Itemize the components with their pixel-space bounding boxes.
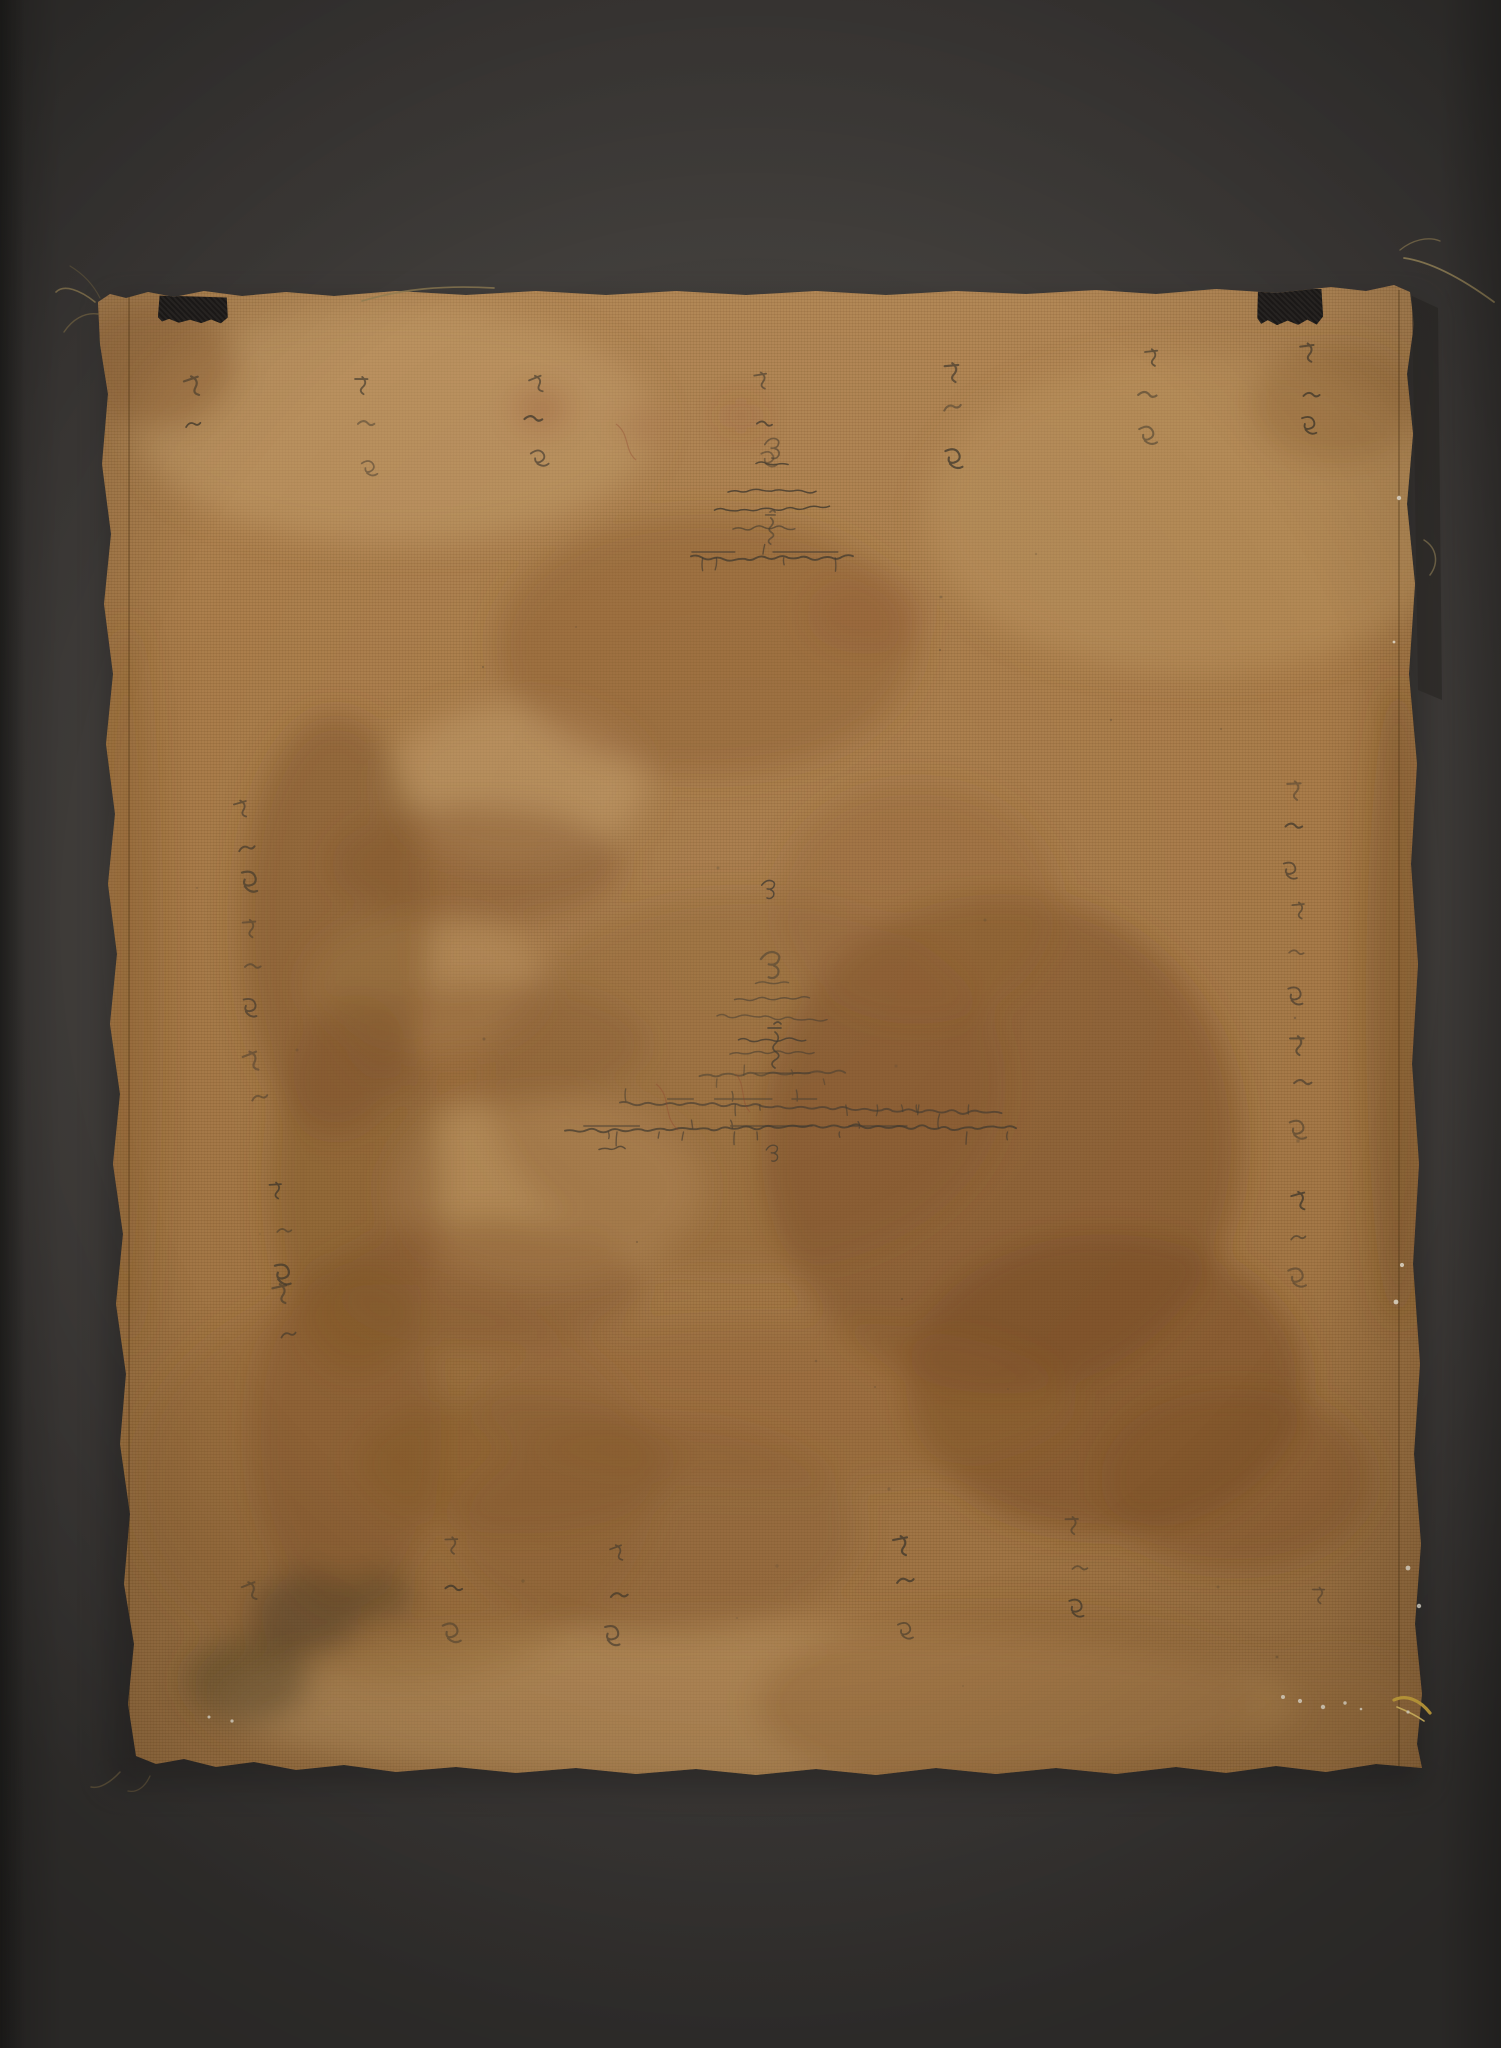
ink-mark (1303, 392, 1319, 397)
ink-mark (241, 998, 260, 1017)
ink-mark (1286, 823, 1303, 829)
ink-marks (183, 343, 1324, 1646)
ink-mark (943, 363, 958, 383)
border-mark-group-top (183, 375, 200, 427)
ink-mark (1138, 391, 1156, 398)
inscription-layer (96, 284, 1426, 1776)
border-mark-group-top (1138, 349, 1157, 445)
ink-mark (611, 1593, 628, 1597)
border-mark-group-top (524, 375, 548, 468)
ink-mark (944, 404, 962, 411)
ink-mark (1289, 949, 1304, 955)
photograph-of-textile-verso (0, 0, 1501, 2048)
inscription-detail (625, 1089, 969, 1116)
ink-mark (186, 422, 201, 427)
ink-mark (445, 1585, 462, 1592)
ink-mark (1299, 343, 1313, 362)
inscription-line (620, 1102, 1002, 1114)
ink-mark (1291, 1235, 1306, 1239)
border-mark-group-bottom (443, 1536, 463, 1642)
ink-mark (239, 871, 260, 893)
stray-thread (56, 288, 95, 302)
inscription-line (739, 1038, 806, 1042)
ink-mark (242, 1050, 260, 1072)
ink-mark (1291, 1191, 1306, 1210)
ink-mark (1291, 902, 1304, 919)
red-trace (616, 424, 636, 460)
border-mark-group-right (1287, 902, 1304, 1005)
ink-mark (1139, 426, 1157, 445)
speckles (196, 553, 1300, 1687)
ink-mark (1294, 1079, 1311, 1085)
ink-mark (1301, 416, 1318, 434)
velcro-tab-right (1257, 288, 1324, 326)
ink-mark (358, 420, 375, 426)
ink-mark (1311, 1586, 1325, 1603)
ink-mark (272, 1284, 286, 1303)
ink-mark (443, 1536, 457, 1554)
ink-mark (245, 964, 261, 969)
textile-cloth-verso (96, 284, 1426, 1776)
inscription-line (756, 982, 789, 984)
ink-mark (530, 449, 548, 468)
border-mark-group-left (241, 919, 261, 1017)
ink-mark (273, 1264, 294, 1285)
ink-mark (443, 1623, 461, 1642)
border-mark-group-bottom (893, 1536, 914, 1639)
seed-syllable (762, 880, 775, 898)
inscription-line (730, 1051, 814, 1054)
ink-mark (945, 449, 963, 468)
border-mark-group-left (268, 1182, 293, 1285)
border-mark-group-left (234, 800, 261, 892)
border-mark-group-left (272, 1284, 296, 1338)
stray-thread (64, 314, 98, 332)
border-mark-group-left (242, 1050, 268, 1100)
red-trace (656, 1084, 678, 1130)
ink-mark (1289, 1120, 1306, 1138)
ink-mark (1287, 987, 1304, 1005)
ink-mark (602, 1625, 622, 1646)
ink-mark (1285, 780, 1301, 800)
ink-mark (524, 415, 542, 422)
ink-mark (241, 919, 255, 937)
ink-mark (610, 1544, 624, 1561)
ink-mark (183, 375, 200, 396)
border-mark-group-right (1287, 1035, 1311, 1139)
ink-mark (1288, 1268, 1306, 1286)
border-mark-group-top (353, 376, 378, 477)
border-mark-group-left (241, 1581, 258, 1601)
ink-mark (234, 800, 248, 818)
border-mark-group-bottom (1063, 1516, 1087, 1617)
ink-mark (754, 372, 766, 388)
ink-mark (1144, 349, 1157, 366)
border-mark-group-top (943, 363, 963, 469)
ink-mark (1287, 1035, 1303, 1055)
border-mark-group-top (754, 372, 776, 467)
stray-thread (70, 266, 100, 298)
ink-mark (277, 1229, 291, 1232)
border-mark-group-bottom (602, 1544, 627, 1646)
inscription-line (691, 555, 853, 560)
inscription-line (735, 997, 810, 1001)
red-pigment-traces (616, 424, 750, 1130)
stray-thread (1404, 258, 1494, 302)
ink-mark (757, 420, 772, 426)
ink-mark (239, 845, 255, 851)
inscription-line (733, 526, 795, 530)
ink-mark (1063, 1516, 1078, 1534)
border-mark-group-top (1299, 343, 1319, 434)
ink-mark (362, 460, 378, 477)
inscription-line (728, 489, 816, 493)
ink-mark (898, 1623, 913, 1639)
seed-syllable (761, 952, 779, 978)
ink-mark (353, 376, 368, 395)
border-mark-group-right (1311, 1586, 1325, 1603)
border-mark-group-right (1288, 1191, 1306, 1286)
inscription-detail (716, 1065, 824, 1087)
inscription-line (717, 1015, 827, 1021)
inscription-line (756, 462, 788, 465)
upper-inscription (691, 438, 853, 571)
stray-thread (1400, 239, 1440, 250)
ink-mark (1068, 1599, 1085, 1617)
ink-mark (268, 1182, 281, 1199)
inscription-line (599, 1146, 625, 1149)
ink-mark (893, 1536, 907, 1555)
stray-thread (1424, 540, 1436, 575)
seed-syllable-stack (768, 1022, 781, 1068)
border-mark-group-right (1282, 780, 1302, 879)
ink-mark (897, 1578, 914, 1583)
seed-syllable (766, 1145, 778, 1162)
ink-mark (241, 1581, 258, 1601)
ink-mark (1072, 1566, 1087, 1571)
ink-mark (528, 375, 543, 394)
ink-mark (252, 1094, 268, 1101)
ink-mark (1282, 862, 1299, 879)
center-inscription (565, 880, 1016, 1161)
ink-mark (281, 1331, 296, 1337)
